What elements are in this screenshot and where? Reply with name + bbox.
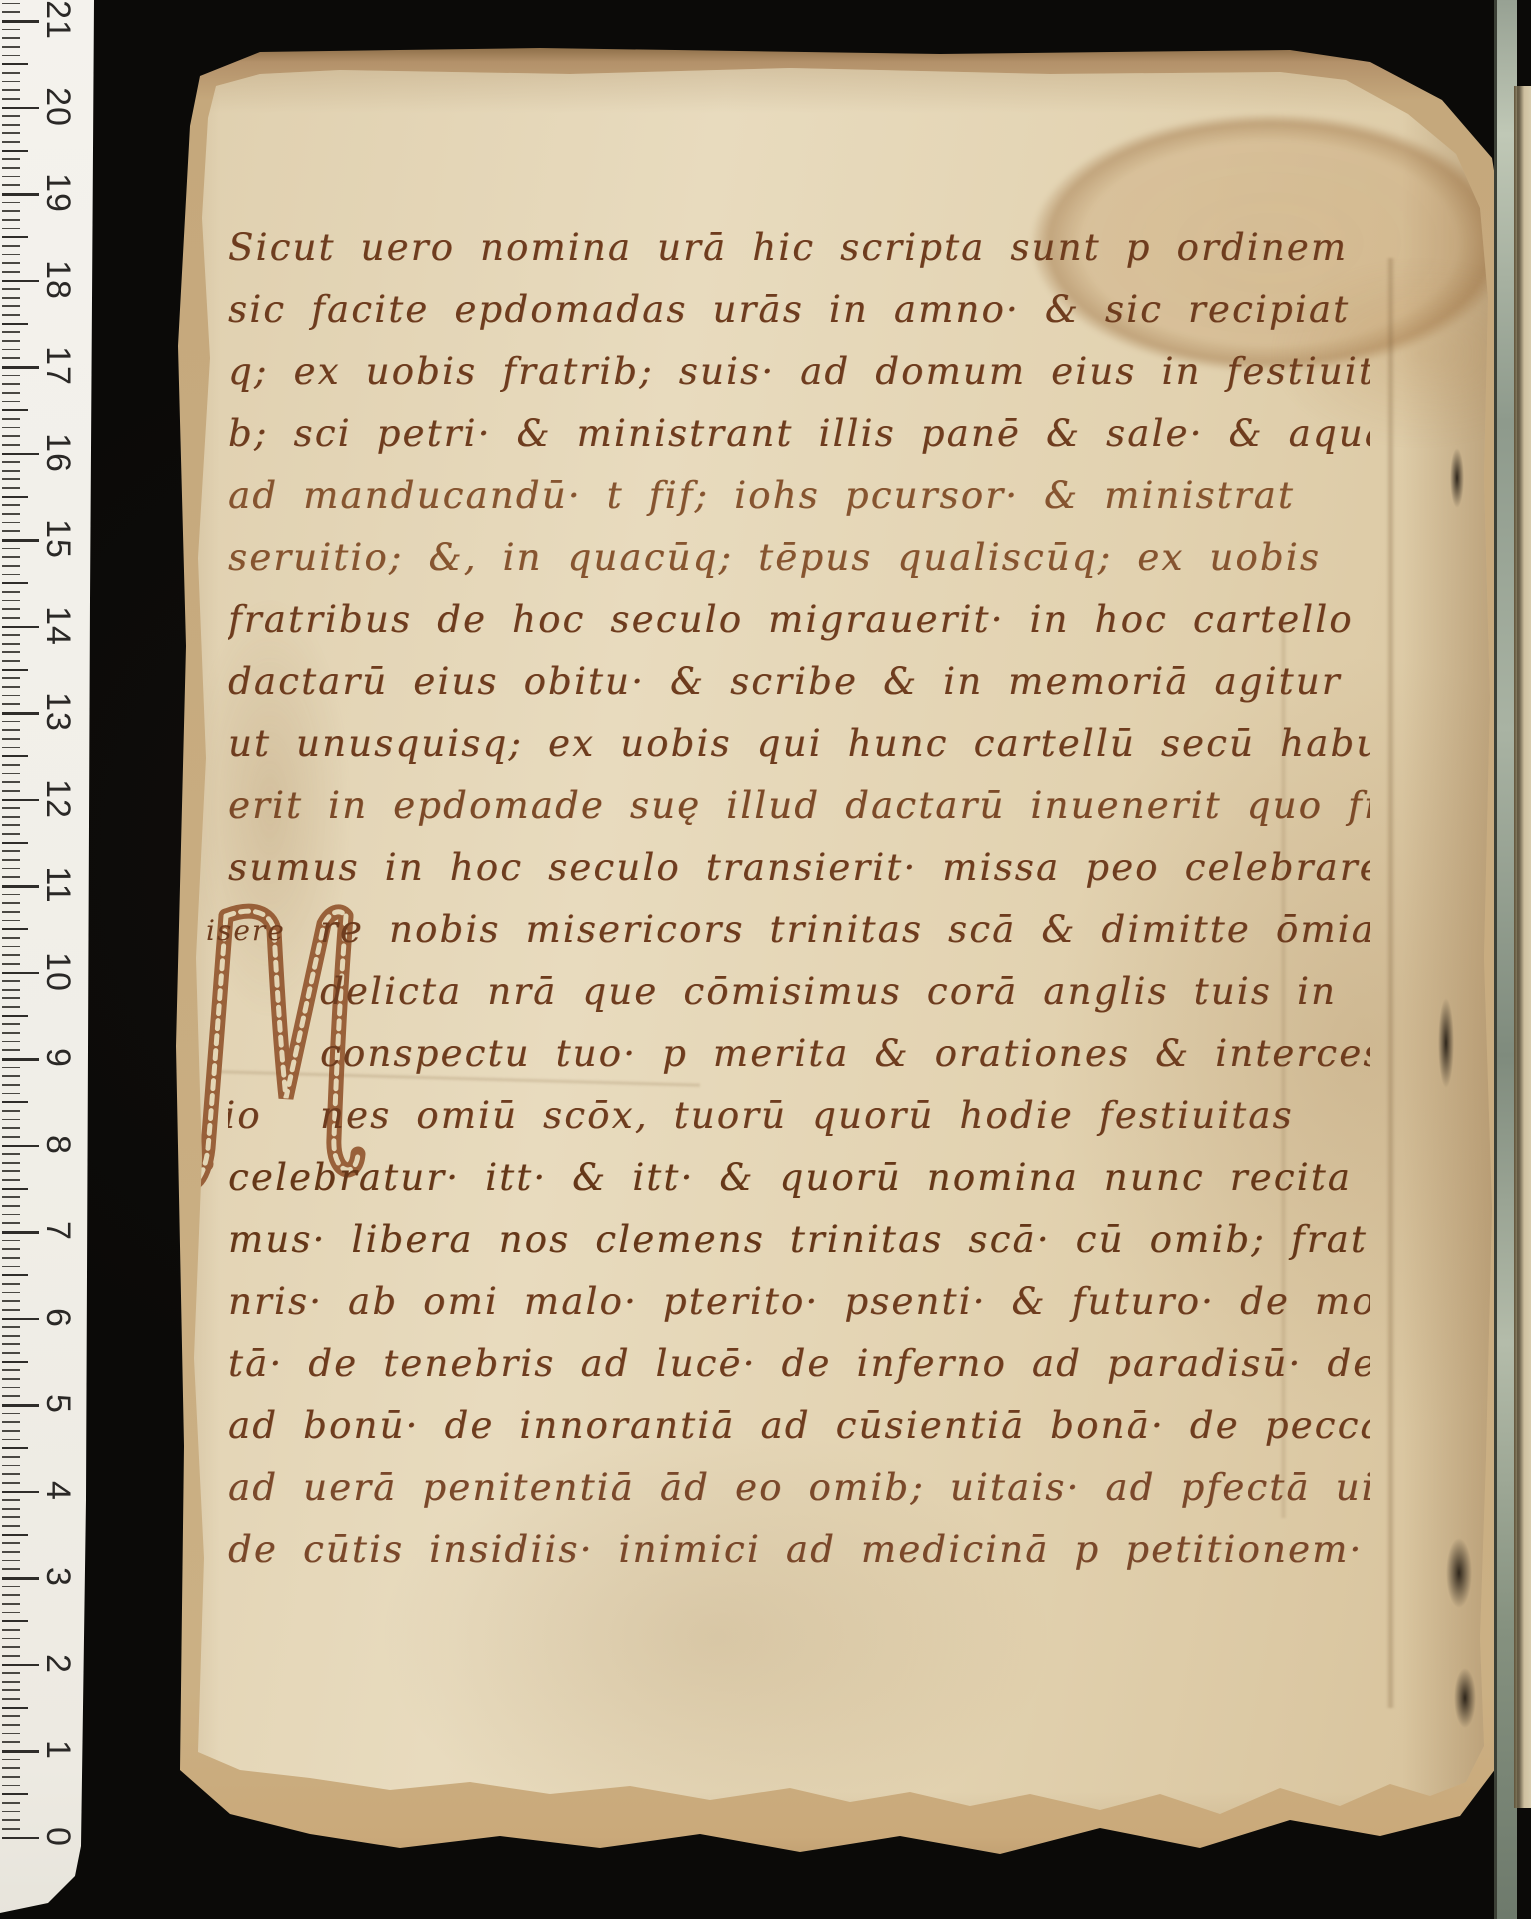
ruler-tick: [2, 331, 20, 333]
ruler-tick: [2, 1170, 20, 1172]
ruler-tick: [2, 72, 20, 74]
ruler-tick: [2, 954, 20, 956]
ruler-tick: [2, 729, 20, 731]
ruler-tick: [2, 1110, 20, 1112]
text-line: re nobis misericors trinitas scā & dimit…: [228, 899, 1370, 961]
ruler-tick: [2, 132, 20, 134]
ruler-number: 17: [36, 344, 80, 388]
ruler-tick: [2, 1309, 20, 1311]
ruler-tick: [2, 1750, 39, 1753]
ruler-tick: [2, 1439, 20, 1441]
ruler-tick: [2, 608, 20, 610]
text-line-body: ut unusquisq; ex uobis qui hunc cartellū…: [228, 713, 1370, 775]
ruler-tick: [2, 1447, 28, 1449]
ruler-tick: [2, 703, 20, 705]
ruler-tick: [2, 868, 20, 870]
ruler-tick: [2, 660, 20, 662]
ruler-tick: [2, 1456, 20, 1458]
ruler-tick: [2, 764, 20, 766]
ruler-tick: [2, 1179, 20, 1181]
ruler-tick: [2, 1067, 20, 1069]
ruler-tick: [2, 202, 20, 204]
ruler-tick: [2, 1153, 20, 1155]
ruler-tick: [2, 548, 20, 550]
ruler-tick: [2, 141, 20, 143]
text-block: Sicut uero nomina urā hic scripta sunt p…: [150, 58, 1497, 1852]
ruler-tick: [2, 1084, 20, 1086]
ruler-tick: [2, 1715, 20, 1717]
ruler-tick: [2, 816, 20, 818]
ruler-tick: [2, 89, 20, 91]
text-line: de cūtis insidiis· inimici ad medicinā p…: [228, 1519, 1363, 1581]
ruler-number: 12: [36, 777, 80, 821]
ruler-tick: [2, 219, 20, 221]
ruler-tick: [2, 1136, 20, 1138]
ruler-number: 9: [36, 1036, 80, 1080]
ruler-tick: [2, 444, 20, 446]
text-line-body: mus· libera nos clemens trinitas scā· cū…: [228, 1209, 1370, 1271]
ruler-number: 21: [36, 0, 80, 42]
text-line-body: fratribus de hoc seculo migrauerit· in h…: [228, 589, 1354, 651]
ruler-tick: [2, 1326, 20, 1328]
ruler-tick: [2, 1266, 20, 1268]
ruler-tick: [2, 1378, 20, 1380]
ruler-tick: [2, 357, 20, 359]
ruler-tick: [2, 1473, 20, 1475]
ruler-number: 15: [36, 517, 80, 561]
text-line-body: celebratur· itt· & itt· & quorū nomina n…: [228, 1147, 1352, 1209]
ruler-number: 14: [36, 604, 80, 648]
ruler-number: 5: [36, 1382, 80, 1426]
ruler-number: 19: [36, 171, 80, 215]
ruler-tick: [2, 1127, 20, 1129]
ruler-tick: [2, 1664, 39, 1667]
ruler-tick: [2, 582, 28, 584]
ruler-tick: [2, 409, 28, 411]
text-line-body: b; sci petri· & ministrant illis panē & …: [228, 403, 1370, 465]
ruler-tick: [2, 1119, 20, 1121]
ruler-tick: [2, 600, 20, 602]
ruler-tick: [2, 591, 20, 593]
ruler-tick: [2, 1620, 28, 1622]
ruler-tick: [2, 98, 20, 100]
ruler-tick: [2, 1058, 39, 1061]
ruler-tick: [2, 712, 39, 715]
ruler-tick: [2, 150, 28, 152]
ruler-tick: [2, 1343, 20, 1345]
ruler-tick: [2, 894, 20, 896]
ruler-tick: [2, 885, 39, 888]
text-line: siones omiū scōx, tuorū quorū hodie fest…: [228, 1085, 1294, 1147]
ruler-tick: [2, 1560, 20, 1562]
text-line: ad bonū· de innorantiā ad cūsientiā bonā…: [228, 1395, 1370, 1457]
ruler-tick: [2, 946, 20, 948]
ruler-tick: [2, 29, 20, 31]
ruler-tick: [2, 824, 20, 826]
ruler-tick: [2, 928, 28, 930]
ruler-tick: [2, 799, 39, 802]
ruler-tick: [2, 1015, 28, 1017]
ruler-tick: [2, 20, 39, 23]
ruler-tick: [2, 677, 20, 679]
ruler-tick: [2, 1188, 28, 1190]
text-line-body: sumus in hoc seculo transierit· missa pe…: [228, 837, 1370, 899]
ruler-number: 20: [36, 85, 80, 129]
ruler-tick: [2, 781, 20, 783]
ruler-tick: [2, 747, 20, 749]
ruler-tick: [2, 574, 20, 576]
ruler-tick: [2, 1594, 20, 1596]
ruler-tick: [2, 1733, 20, 1735]
ruler-tick: [2, 807, 20, 809]
ruler-tick: [2, 1568, 20, 1570]
ruler-tick: [2, 1499, 20, 1501]
ruler-tick: [2, 1335, 20, 1337]
facing-page-sliver: [1514, 86, 1531, 1808]
ruler-tick: [2, 81, 20, 83]
ruler-tick: [2, 669, 28, 671]
ruler-tick: [2, 418, 20, 420]
ruler-tick: [2, 1205, 20, 1207]
ruler-tick: [2, 1196, 20, 1198]
ruler-tick: [2, 1534, 28, 1536]
ruler-tick: [2, 972, 39, 975]
ruler-tick: [2, 427, 20, 429]
ruler-tick: [2, 1612, 20, 1614]
ruler-tick: [2, 920, 20, 922]
ruler-tick: [2, 1681, 20, 1683]
ruler-tick: [2, 1603, 20, 1605]
text-line: Sicut uero nomina urā hic scripta sunt p…: [228, 217, 1348, 279]
ruler-tick: [2, 1248, 20, 1250]
ruler-tick: [2, 721, 20, 723]
ruler-tick: [2, 478, 20, 480]
ruler-tick: [2, 790, 20, 792]
ruler-tick: [2, 392, 20, 394]
ruler-tick: [2, 522, 20, 524]
text-line: fratribus de hoc seculo migrauerit· in h…: [228, 589, 1354, 651]
ruler-tick: [2, 1655, 20, 1657]
text-line-body: tā· de tenebris ad lucē· de inferno ad p…: [228, 1333, 1370, 1395]
text-line: erit in epdomade suę illud dactarū inuen…: [228, 775, 1370, 837]
ruler-tick: [2, 487, 20, 489]
ruler-tick: [2, 245, 20, 247]
ruler-tick: [2, 383, 20, 385]
ruler-tick: [2, 314, 20, 316]
ruler-tick: [2, 340, 20, 342]
text-line: nris· ab omi malo· pterito· psenti· & fu…: [228, 1271, 1370, 1333]
ruler-tick: [2, 937, 20, 939]
ruler-tick: [2, 1032, 20, 1034]
ruler-tick: [2, 1075, 20, 1077]
ruler-tick: [2, 297, 20, 299]
ruler: 0123456789101112131415161718192021: [0, 0, 96, 1919]
ruler-tick: [2, 1222, 20, 1224]
ruler-tick: [2, 1819, 20, 1821]
ruler-tick: [2, 3, 20, 5]
ruler-tick: [2, 738, 20, 740]
ruler-tick: [2, 375, 20, 377]
ruler-tick: [2, 55, 20, 57]
ruler-tick: [2, 37, 20, 39]
ruler-tick: [2, 911, 20, 913]
ruler-tick: [2, 271, 20, 273]
ruler-number: 1: [36, 1728, 80, 1772]
ruler-tick: [2, 167, 20, 169]
ruler-tick: [2, 530, 20, 532]
text-line-body: seruitio; &, in quacūq; tēpus qualiscūq;…: [228, 527, 1321, 589]
ruler-tick: [2, 461, 20, 463]
ruler-tick: [2, 1283, 20, 1285]
text-line-body: dactarū eius obitu· & scribe & in memori…: [228, 651, 1342, 713]
ruler-tick: [2, 158, 20, 160]
ruler-tick: [2, 1586, 20, 1588]
ruler-tick: [2, 1257, 20, 1259]
ruler-tick: [2, 1231, 39, 1234]
ruler-number: 8: [36, 1123, 80, 1167]
ruler-tick: [2, 1707, 28, 1709]
ruler-tick: [2, 1828, 20, 1830]
ruler-tick: [2, 1465, 20, 1467]
ruler-tick: [2, 1802, 20, 1804]
ruler-tick: [2, 184, 20, 186]
text-line: delicta nrā que cōmisimus corā anglis tu…: [228, 961, 1337, 1023]
ruler-tick: [2, 1629, 20, 1631]
text-line: b; sci petri· & ministrant illis panē & …: [228, 403, 1370, 465]
ruler-tick: [2, 470, 20, 472]
ruler-number: 3: [36, 1555, 80, 1599]
photograph-stage: isere Sicut uero nomina urā hic scripta …: [0, 0, 1531, 1919]
ruler-tick: [2, 124, 20, 126]
ruler-tick: [2, 997, 20, 999]
ruler-tick: [2, 1101, 28, 1103]
text-line: tā· de tenebris ad lucē· de inferno ad p…: [228, 1333, 1370, 1395]
ruler-tick: [2, 254, 20, 256]
ruler-tick: [2, 1811, 20, 1813]
ruler-tick: [2, 1785, 20, 1787]
text-line: ad manducandū· t fif; iohs pcursor· & mi…: [228, 465, 1295, 527]
ruler-tick: [2, 902, 20, 904]
ruler-tick: [2, 643, 20, 645]
ruler-number: 4: [36, 1469, 80, 1513]
ruler-tick: [2, 1741, 20, 1743]
ruler-number: 2: [36, 1642, 80, 1686]
ruler-tick: [2, 496, 28, 498]
text-line-body: ad bonū· de innorantiā ad cūsientiā bonā…: [228, 1395, 1370, 1457]
ruler-tick: [2, 323, 28, 325]
ruler-number: 10: [36, 950, 80, 994]
ruler-tick: [2, 305, 20, 307]
ruler-tick: [2, 1300, 20, 1302]
ruler-tick: [2, 453, 39, 456]
ruler-number: 16: [36, 431, 80, 475]
ruler-tick: [2, 1793, 28, 1795]
ruler-tick: [2, 1145, 39, 1148]
ruler-tick: [2, 1430, 20, 1432]
ruler-tick: [2, 1049, 20, 1051]
text-line: q; ex uobis fratrib; suis· ad domum eius…: [228, 341, 1370, 403]
ruler-tick: [2, 435, 20, 437]
ruler-tick: [2, 176, 20, 178]
ruler-tick: [2, 1542, 20, 1544]
ruler-tick: [2, 1837, 39, 1840]
ruler-tick: [2, 617, 20, 619]
text-line: mus· libera nos clemens trinitas scā· cū…: [228, 1209, 1370, 1271]
text-line-prefix: sio: [228, 1085, 262, 1147]
text-line: celebratur· itt· & itt· & quorū nomina n…: [228, 1147, 1352, 1209]
ruler-tick: [2, 565, 20, 567]
ruler-tick: [2, 1413, 20, 1415]
ruler-tick: [2, 1672, 20, 1674]
ruler-tick: [2, 989, 20, 991]
ruler-number: 18: [36, 258, 80, 302]
ruler-tick: [2, 1292, 20, 1294]
ruler-tick: [2, 504, 20, 506]
ruler-tick: [2, 1698, 20, 1700]
text-line-body: sic facite epdomadas urās in amno· & sic…: [228, 279, 1370, 341]
ruler-tick: [2, 46, 20, 48]
text-line: dactarū eius obitu· & scribe & in memori…: [228, 651, 1342, 713]
ruler-tick: [2, 1404, 39, 1407]
text-line: ad uerā penitentiā ād eo omib; uitais· a…: [228, 1457, 1370, 1519]
ruler-tick: [2, 773, 20, 775]
text-line: seruitio; &, in quacūq; tēpus qualiscūq;…: [228, 527, 1321, 589]
text-line-body: q; ex uobis fratrib; suis· ad domum eius…: [228, 341, 1370, 403]
ruler-number: 11: [36, 863, 80, 907]
ruler-number: 7: [36, 1209, 80, 1253]
manuscript-page: isere Sicut uero nomina urā hic scripta …: [150, 58, 1497, 1852]
text-line-body: ad uerā penitentiā ād eo omib; uitais· a…: [228, 1457, 1370, 1519]
ruler-tick: [2, 686, 20, 688]
text-line-body: delicta nrā que cōmisimus corā anglis tu…: [320, 961, 1337, 1023]
ruler-tick: [2, 1361, 28, 1363]
text-line-body: conspectu tuo· p merita & orationes & in…: [320, 1023, 1370, 1085]
ruler-tick: [2, 1689, 20, 1691]
text-line-body: erit in epdomade suę illud dactarū inuen…: [228, 775, 1370, 837]
ruler-tick: [2, 349, 20, 351]
ruler-tick: [2, 1352, 20, 1354]
ruler-tick: [2, 1551, 20, 1553]
ruler-tick: [2, 1482, 20, 1484]
ruler-tick: [2, 1162, 20, 1164]
ruler-tick: [2, 626, 39, 629]
text-line-body: Sicut uero nomina urā hic scripta sunt p…: [228, 217, 1348, 279]
ruler-tick: [2, 193, 39, 196]
ruler-tick: [2, 366, 39, 369]
text-line-body: de cūtis insidiis· inimici ad medicinā p…: [228, 1519, 1363, 1581]
text-line-body: ad manducandū· t fif; iohs pcursor· & mi…: [228, 465, 1295, 527]
ruler-tick: [2, 1577, 39, 1580]
ruler-tick: [2, 876, 20, 878]
text-line: sumus in hoc seculo transierit· missa pe…: [228, 837, 1370, 899]
ruler-number: 0: [36, 1815, 80, 1859]
ruler-tick: [2, 634, 20, 636]
ruler-tick: [2, 1387, 20, 1389]
text-line: ut unusquisq; ex uobis qui hunc cartellū…: [228, 713, 1370, 775]
ruler-tick: [2, 236, 28, 238]
ruler-tick: [2, 280, 39, 283]
ruler-tick: [2, 1240, 20, 1242]
ruler-tick: [2, 1776, 20, 1778]
ruler-tick: [2, 850, 20, 852]
text-line-body: nes omiū scōx, tuorū quorū hodie festiui…: [320, 1085, 1294, 1147]
ruler-tick: [2, 1525, 20, 1527]
ruler-tick: [2, 1638, 20, 1640]
ruler-tick: [2, 228, 20, 230]
ruler-tick: [2, 1041, 20, 1043]
ruler-tick: [2, 1724, 20, 1726]
ruler-tick: [2, 63, 28, 65]
ruler-tick: [2, 210, 20, 212]
ruler-tick: [2, 695, 20, 697]
ruler-tick: [2, 288, 20, 290]
ruler-tick: [2, 1508, 20, 1510]
ruler-tick: [2, 107, 39, 110]
ruler-tick: [2, 1516, 20, 1518]
ruler-tick: [2, 1491, 39, 1494]
ruler-tick: [2, 980, 20, 982]
ruler-number: 13: [36, 690, 80, 734]
ruler-tick: [2, 1274, 28, 1276]
ruler-tick: [2, 1093, 20, 1095]
ruler-tick: [2, 842, 28, 844]
ruler-tick: [2, 1369, 20, 1371]
ruler-tick: [2, 1214, 20, 1216]
ruler-number: 6: [36, 1296, 80, 1340]
ruler-tick: [2, 963, 20, 965]
ruler-tick: [2, 859, 20, 861]
ruler-tick: [2, 1023, 20, 1025]
ruler-tick: [2, 755, 28, 757]
ruler-tick: [2, 401, 20, 403]
text-line-body: nris· ab omi malo· pterito· psenti· & fu…: [228, 1271, 1370, 1333]
ruler-tick: [2, 262, 20, 264]
ruler-tick: [2, 1421, 20, 1423]
ruler-tick: [2, 1646, 20, 1648]
ruler-tick: [2, 1395, 20, 1397]
ruler-tick: [2, 1318, 39, 1321]
ruler-tick: [2, 651, 20, 653]
ruler-tick: [2, 11, 20, 13]
ruler-tick: [2, 539, 39, 542]
ruler-tick: [2, 1759, 20, 1761]
ruler-tick: [2, 1006, 20, 1008]
ruler-tick: [2, 833, 20, 835]
ruler-tick: [2, 115, 20, 117]
ruler-tick: [2, 1767, 20, 1769]
text-line: sic facite epdomadas urās in amno· & sic…: [228, 279, 1370, 341]
ruler-tick: [2, 513, 20, 515]
text-line: conspectu tuo· p merita & orationes & in…: [228, 1023, 1370, 1085]
text-line-body: re nobis misericors trinitas scā & dimit…: [320, 899, 1370, 961]
ruler-tick: [2, 556, 20, 558]
